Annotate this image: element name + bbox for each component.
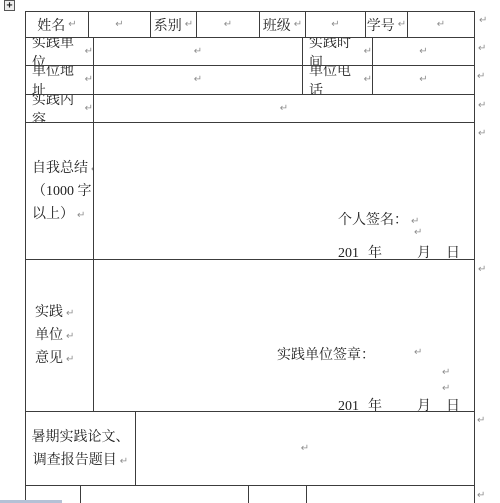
practice-unit-value-cell[interactable]: ↵ — [94, 38, 303, 65]
unit-phone-value-cell[interactable]: ↵ — [373, 66, 474, 94]
paragraph-mark-icon: ↵ — [331, 20, 339, 30]
practice-unit-label: 实践单位 — [32, 38, 82, 65]
paragraph-mark-icon: ↵ — [77, 210, 85, 221]
paragraph-mark-icon: ↵ — [411, 216, 419, 227]
paragraph-mark-icon: ↵ — [194, 75, 202, 85]
unit-opinion-text2: 单位 — [35, 328, 63, 343]
paragraph-mark-icon: ↵ — [85, 104, 93, 114]
practice-report-form-table: 姓名↵ ↵ 系别↵ ↵ 班级↵ ↵ 学号↵ ↵ — [25, 11, 475, 503]
paragraph-mark-icon: ↵ — [419, 75, 427, 85]
paragraph-mark-icon: ↵ — [120, 456, 128, 467]
name-label-cell: 姓名↵ — [26, 12, 89, 37]
paragraph-mark-icon: ↵ — [414, 348, 422, 358]
date-month-char: 月 — [417, 242, 431, 259]
dept-value-cell[interactable]: ↵ — [197, 12, 260, 37]
class-label: 班级 — [263, 15, 291, 35]
paragraph-mark-icon: ↵ — [185, 20, 193, 30]
name-value-cell[interactable]: ↵ — [89, 12, 151, 37]
paragraph-mark-icon: ↵ — [301, 444, 309, 454]
unit-phone-label: 单位电话 — [309, 66, 361, 94]
personal-signature-text: 个人签名： — [338, 213, 408, 228]
unit-address-label: 单位地址 — [32, 66, 82, 94]
unit-opinion-label-line1: 实践↵ — [35, 301, 74, 324]
paragraph-mark-icon: ↵ — [419, 47, 427, 57]
paragraph-mark-icon: ↵ — [364, 47, 372, 57]
report-title-label-line1: 暑期实践论文、 — [32, 426, 130, 449]
unit-opinion-value-cell[interactable]: 实践单位签章： ↵ ↵ ↵ 201 年 月 日 ↵ — [94, 260, 474, 411]
paragraph-mark-icon: ↵ — [478, 101, 486, 111]
paragraph-mark-icon: ↵ — [479, 16, 487, 26]
paragraph-mark-icon: ↵ — [224, 20, 232, 30]
date-year-digits: 201 — [338, 399, 359, 411]
paragraph-mark-icon: ↵ — [437, 20, 445, 30]
date-year-digits: 201 — [338, 246, 359, 259]
row-basic-info: 姓名↵ ↵ 系别↵ ↵ 班级↵ ↵ 学号↵ ↵ — [26, 12, 474, 38]
paragraph-mark-icon: ↵ — [477, 72, 485, 82]
paragraph-mark-icon: ↵ — [66, 308, 74, 319]
row-practice-unit: 实践单位↵ ↵ 实践时间↵ ↵ — [26, 38, 474, 66]
paragraph-mark-icon: ↵ — [364, 75, 372, 85]
class-label-cell: 班级↵ — [260, 12, 306, 37]
paragraph-mark-icon: ↵ — [294, 20, 302, 30]
row-self-summary: 自我总结↵ （1000 字 以上）↵ 个人签名：↵ ↵ 201 年 月 日 ↵ — [26, 123, 474, 260]
partial-cell-3[interactable] — [249, 486, 307, 503]
class-value-cell[interactable]: ↵ — [306, 12, 366, 37]
date-line: 201 年 月 日 ↵ — [338, 395, 474, 411]
partial-cell-4[interactable] — [307, 486, 474, 503]
name-label: 姓名 — [37, 15, 65, 35]
row-unit-address: 单位地址↵ ↵ 单位电话↵ ↵ — [26, 66, 474, 95]
paragraph-mark-icon: ↵ — [477, 416, 485, 426]
report-title-text2: 调查报告题目 — [33, 453, 117, 468]
practice-time-label-cell: 实践时间↵ — [303, 38, 373, 65]
student-id-label-cell: 学号↵ — [366, 12, 408, 37]
paragraph-mark-icon: ↵ — [477, 491, 485, 501]
dept-label: 系别 — [154, 15, 182, 35]
unit-address-value-cell[interactable]: ↵ — [94, 66, 303, 94]
paragraph-mark-icon: ↵ — [194, 47, 202, 57]
self-summary-label-cell: 自我总结↵ （1000 字 以上）↵ — [26, 123, 94, 259]
paragraph-mark-icon: ↵ — [68, 20, 76, 30]
paragraph-mark-icon: ↵ — [442, 368, 450, 378]
partial-cell-2[interactable] — [81, 486, 249, 503]
table-move-handle-icon[interactable]: + — [4, 0, 15, 11]
paragraph-mark-icon: ↵ — [442, 384, 450, 394]
report-title-label-line2: 调查报告题目↵ — [33, 449, 128, 472]
unit-opinion-text3: 意见 — [35, 351, 63, 366]
unit-phone-label-cell: 单位电话↵ — [303, 66, 373, 94]
unit-seal-label: 实践单位签章： — [277, 344, 375, 364]
paragraph-mark-icon: ↵ — [478, 265, 486, 275]
row-report-title: 暑期实践论文、 调查报告题目↵ ↵ — [26, 412, 474, 486]
unit-opinion-label-line2: 单位↵ — [35, 324, 74, 347]
personal-signature-label: 个人签名：↵ — [338, 209, 419, 229]
date-day-char: 日 — [446, 242, 460, 259]
report-title-value-cell[interactable]: ↵ — [136, 412, 474, 485]
report-title-label-cell: 暑期实践论文、 调查报告题目↵ — [26, 412, 136, 485]
unit-opinion-text1: 实践 — [35, 305, 63, 320]
student-id-label: 学号 — [367, 15, 395, 35]
paragraph-mark-icon: ↵ — [280, 104, 288, 114]
row-partial-bottom — [26, 486, 474, 503]
date-year-char: 年 — [368, 242, 382, 259]
row-practice-content: 实践内容↵ ↵ — [26, 95, 474, 123]
dept-label-cell: 系别↵ — [151, 12, 197, 37]
paragraph-mark-icon: ↵ — [85, 47, 93, 57]
paragraph-mark-icon: ↵ — [414, 228, 422, 238]
paragraph-mark-icon: ↵ — [478, 129, 486, 139]
paragraph-mark-icon: ↵ — [85, 75, 93, 85]
self-summary-label-line2: （1000 字 — [32, 180, 92, 203]
self-summary-value-cell[interactable]: 个人签名：↵ ↵ 201 年 月 日 ↵ — [94, 123, 474, 259]
self-summary-label-line3: 以上）↵ — [32, 203, 85, 226]
practice-content-value-cell[interactable]: ↵ — [94, 95, 474, 122]
practice-time-value-cell[interactable]: ↵ — [373, 38, 474, 65]
self-summary-text: 自我总结 — [32, 161, 88, 176]
practice-time-label: 实践时间 — [309, 38, 361, 65]
date-month-char: 月 — [417, 395, 431, 411]
practice-content-label-cell: 实践内容↵ — [26, 95, 94, 122]
practice-content-label: 实践内容 — [32, 95, 82, 122]
self-summary-label-line1: 自我总结↵ — [32, 157, 94, 180]
unit-opinion-label-line3: 意见↵ — [35, 347, 74, 370]
word-document-page: + 姓名↵ ↵ 系别↵ ↵ 班级↵ ↵ 学号↵ — [0, 0, 500, 503]
self-summary-text2: 以上） — [32, 207, 74, 222]
paragraph-mark-icon: ↵ — [115, 20, 123, 30]
unit-address-label-cell: 单位地址↵ — [26, 66, 94, 94]
unit-opinion-label-cell: 实践↵ 单位↵ 意见↵ — [26, 260, 94, 411]
date-day-char: 日 — [446, 395, 460, 411]
date-year-char: 年 — [368, 395, 382, 411]
row-unit-opinion: 实践↵ 单位↵ 意见↵ 实践单位签章： ↵ ↵ ↵ 201 年 月 日 ↵ — [26, 260, 474, 412]
paragraph-mark-icon: ↵ — [66, 354, 74, 365]
date-line: 201 年 月 日 ↵ — [338, 242, 474, 259]
paragraph-mark-icon: ↵ — [478, 44, 486, 54]
practice-unit-label-cell: 实践单位↵ — [26, 38, 94, 65]
paragraph-mark-icon: ↵ — [398, 20, 406, 30]
paragraph-mark-icon: ↵ — [66, 331, 74, 342]
student-id-value-cell[interactable]: ↵ — [408, 12, 474, 37]
